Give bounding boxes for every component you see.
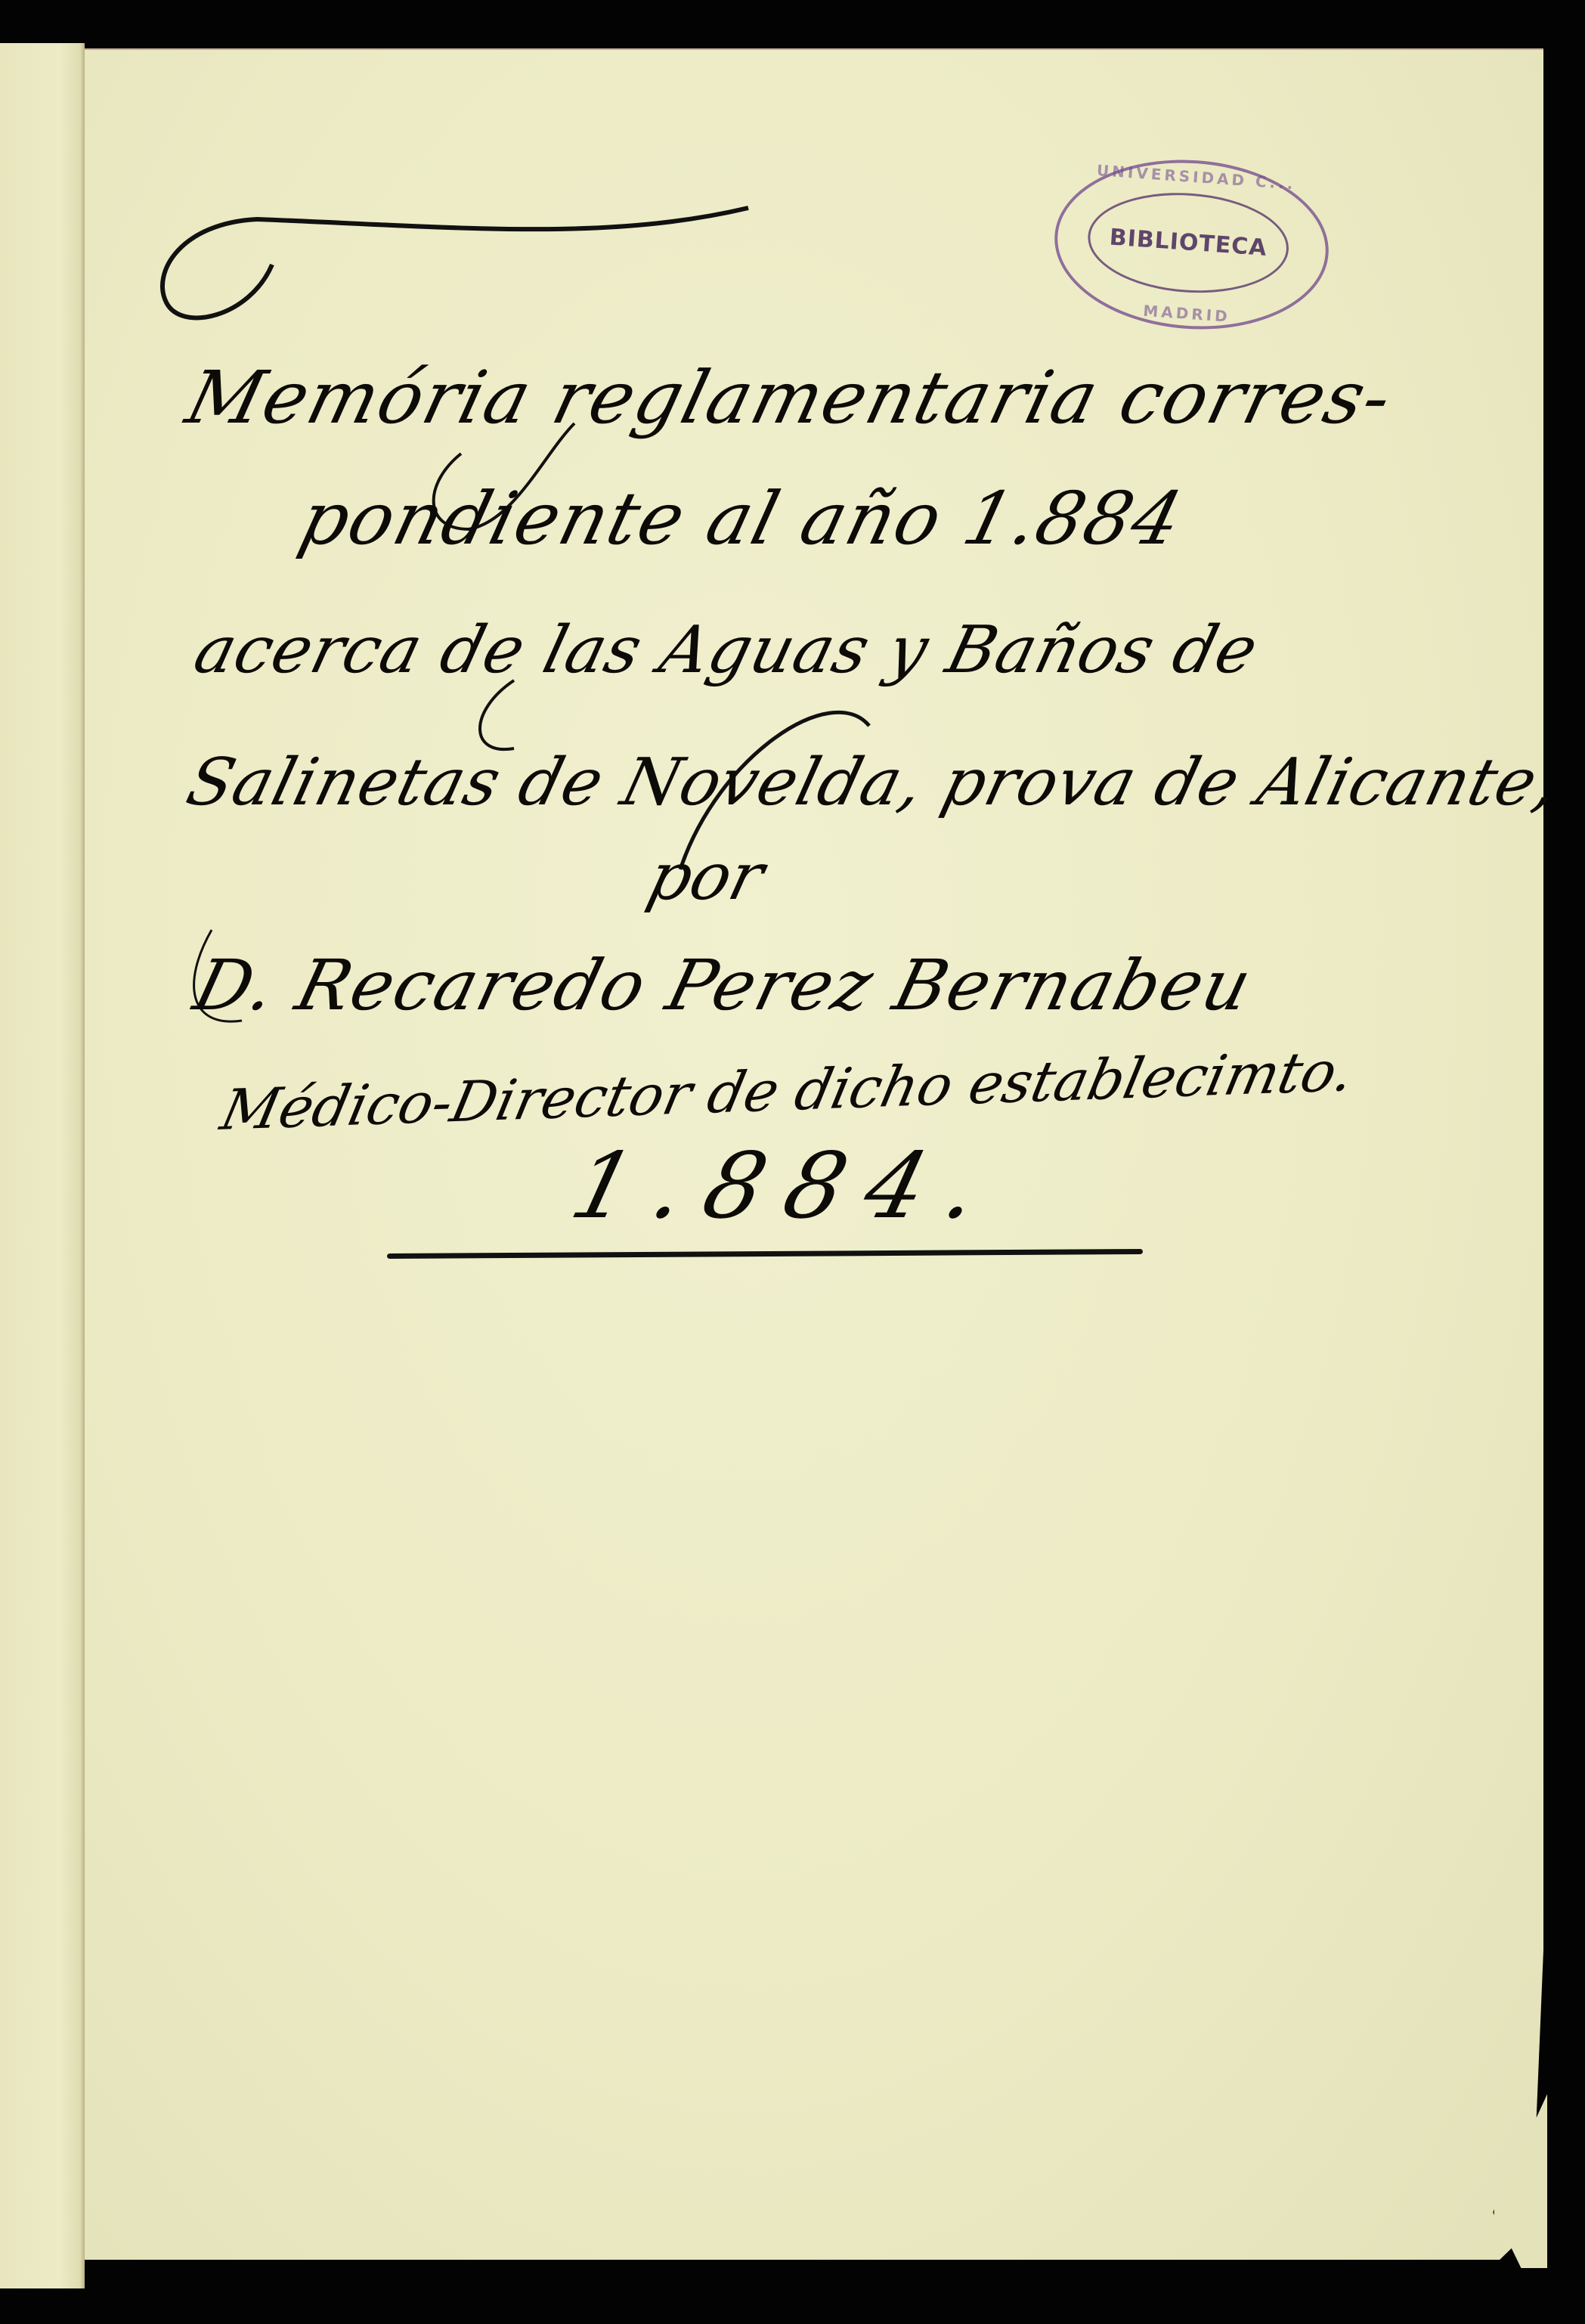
stamp-center-text: BIBLIOTECA [1109,224,1268,261]
author-name: D. Recaredo Perez Bernabeu [187,945,1261,1026]
by-line: por [641,839,772,915]
year: 1.884. [562,1134,1012,1239]
title-line-2: pondiente al año 1.884 [292,476,1191,561]
stamp-inner-oval: BIBLIOTECA [1085,187,1292,299]
title-line-4: Salinetas de Novelda, prova de Alicante, [180,745,1567,820]
title-line-1: Memória reglamentaria corres- [178,355,1401,440]
title-line-3: acerca de las Aguas y Baños de [187,612,1266,688]
previous-page-edge [0,43,85,2288]
